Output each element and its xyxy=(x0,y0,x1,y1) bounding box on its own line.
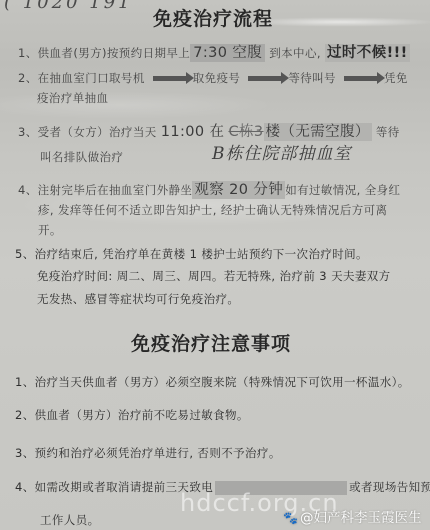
process-item-5-line2: 免疫治疗时间: 周二、周三、周四。若无特殊, 治疗前 3 天夫妻双方 xyxy=(37,268,391,284)
warning-highlight: 过时不候!!! xyxy=(325,44,410,62)
process-item-4: 4、注射完毕后在抽血室门外静坐观察 20 分钟如有过敏情况, 全身红 xyxy=(18,178,400,199)
process-item-3: 3、受者（女方）治疗当天 11:00 在 C栋3楼（无需空腹） 等待 xyxy=(18,120,400,141)
item-number: 5、 xyxy=(15,247,35,261)
item-number: 4、 xyxy=(15,480,35,494)
paw-icon: 🐾 xyxy=(283,511,298,525)
item-text: 如有过敏情况, 全身红 xyxy=(285,183,400,197)
handwritten-note-top: ( 1020 191 xyxy=(4,0,133,13)
note-item-3: 3、预约和治疗必须凭治疗单进行, 否则不予治疗。 xyxy=(15,445,281,461)
observe-duration: 观察 20 分钟 xyxy=(192,181,285,199)
handwritten-location-note: B栋住院部抽血室 xyxy=(212,139,352,164)
item-number: 1、 xyxy=(15,375,35,389)
process-item-4-line2: 疹, 发痒等任何不适立即告知护士, 经护士确认无特殊情况后方可离 xyxy=(38,202,387,218)
arrow-right-icon xyxy=(153,76,187,81)
arrow-right-icon xyxy=(344,76,378,81)
item-text: 到本中心, xyxy=(269,46,321,60)
process-item-3-cont: 叫名排队做治疗 xyxy=(40,149,123,165)
author-watermark: 🐾@妇产科李玉霞医生 xyxy=(283,506,421,526)
item-number: 3、 xyxy=(18,125,38,139)
process-item-5: 5、治疗结束后, 凭治疗单在黄楼 1 楼护士站预约下一次治疗时间。 xyxy=(15,246,368,262)
item-text: 治疗当天供血者（男方）必须空腹来院（特殊情况下可饮用一杯温水）。 xyxy=(35,375,410,389)
treatment-time: 11:00 在 xyxy=(161,124,225,140)
section-title-process: 免疫治疗流程 xyxy=(153,4,273,31)
item-number: 1、 xyxy=(18,46,38,60)
author-handle: @妇产科李玉霞医生 xyxy=(300,510,422,526)
item-number: 4、 xyxy=(18,183,38,197)
item-number: 3、 xyxy=(15,446,35,460)
arrow-right-icon xyxy=(248,76,282,81)
item-text: 等待 xyxy=(376,125,400,139)
item-text: 治疗结束后, 凭治疗单在黄楼 1 楼护士站预约下一次治疗时间。 xyxy=(35,247,368,261)
item-text: 预约和治疗必须凭治疗单进行, 否则不予治疗。 xyxy=(35,446,281,460)
step-1: 在抽血室门口取号机 xyxy=(38,71,145,85)
section-title-notes: 免疫治疗注意事项 xyxy=(131,329,291,356)
item-text: 供血者（男方）治疗前不吃易过敏食物。 xyxy=(35,408,249,422)
process-item-4-line3: 开。 xyxy=(38,222,62,238)
struck-location: C栋3 xyxy=(228,124,263,140)
item-text: 供血者(男方)按预约日期早上 xyxy=(38,46,191,60)
item-number: 2、 xyxy=(15,408,35,422)
item-text: 注射完毕后在抽血室门外静坐 xyxy=(38,183,193,197)
note-item-1: 1、治疗当天供血者（男方）必须空腹来院（特殊情况下可饮用一杯温水）。 xyxy=(15,374,410,390)
item-number: 2、 xyxy=(18,71,38,85)
process-item-1: 1、供血者(男方)按预约日期早上7:30 空腹 到本中心, 过时不候!!! xyxy=(18,41,410,62)
item-text: 受者（女方）治疗当天 xyxy=(38,125,157,139)
note-item-4-line2: 工作人员。 xyxy=(40,512,100,528)
step-3: 等待叫号 xyxy=(288,71,336,85)
step-2: 取免疫号 xyxy=(193,71,241,85)
arrival-time-highlight: 7:30 空腹 xyxy=(190,44,265,62)
step-4: 凭免 xyxy=(384,71,408,85)
item-text: 或者现场告知预约 xyxy=(349,480,430,494)
note-item-2: 2、供血者（男方）治疗前不吃易过敏食物。 xyxy=(15,407,249,423)
process-item-5-line3: 无发热、感冒等症状均可行免疫治疗。 xyxy=(37,291,239,307)
process-item-2: 2、在抽血室门口取号机取免疫号等待叫号凭免 xyxy=(18,70,408,86)
process-item-2-cont: 疫治疗单抽血 xyxy=(37,90,108,106)
